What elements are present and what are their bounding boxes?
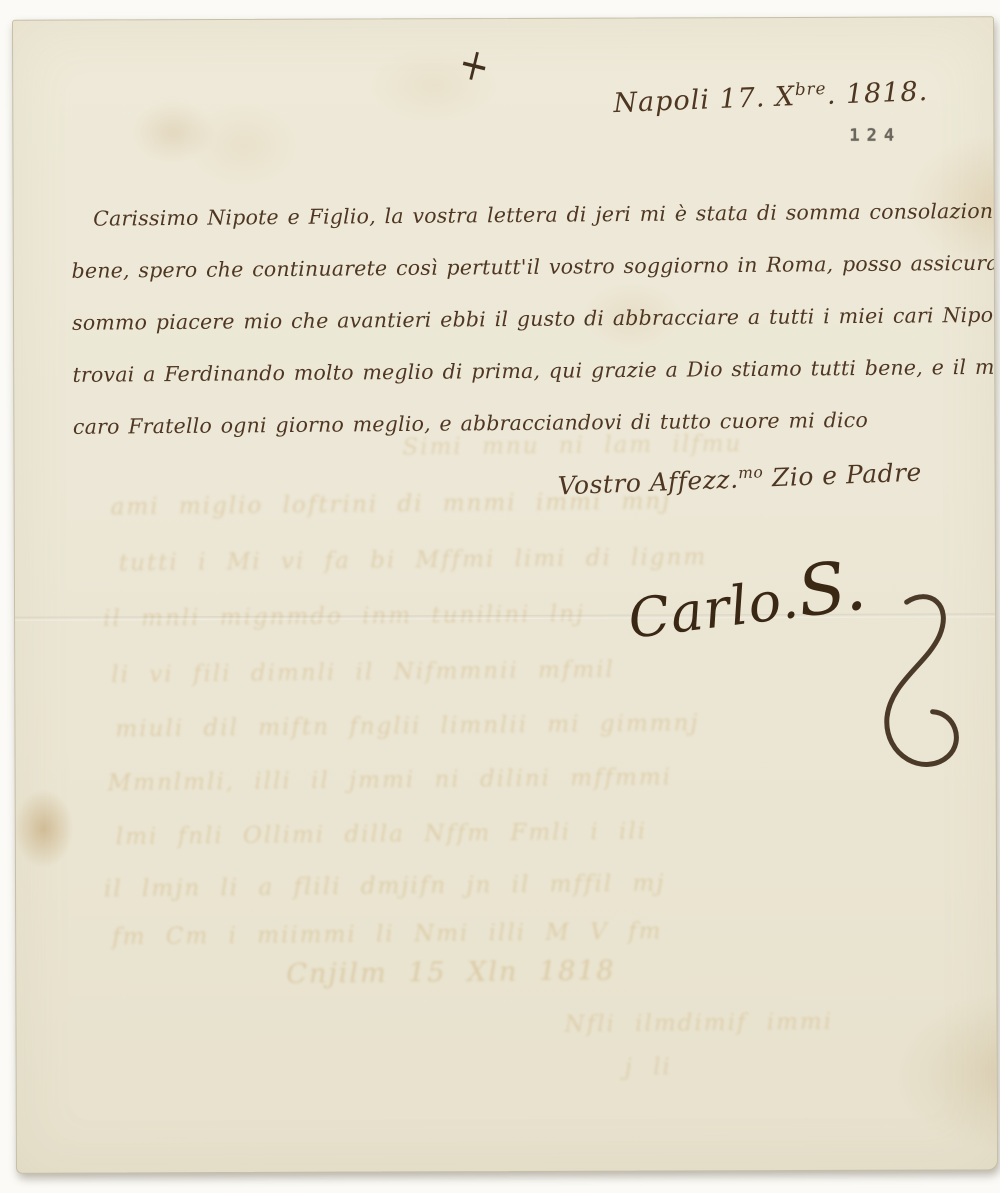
dateline: Napoli 17. Xbre. 1818.: [613, 74, 929, 119]
bleedthrough-line: miuli dil miftn fnglii limnlii mi gimmnj: [115, 710, 699, 742]
bleedthrough-closing: Nfli ilmdimif immi: [564, 1009, 833, 1038]
dateline-year: . 1818.: [826, 76, 929, 111]
valediction-title: Zio e Padre: [763, 458, 922, 493]
bleedthrough-dateline: Cnjilm 15 Xln 1818: [286, 955, 616, 989]
body-line-1: Carissimo Nipote e Figlio, la vostra let…: [71, 185, 971, 245]
valediction: Vostro Affezz.mo Zio e Padre: [557, 457, 922, 500]
scanned-letter-page: Simi mnu ni lam ilfmu ami miglio loftrin…: [0, 0, 1000, 1193]
bleedthrough-line: tutti i Mi vi fa bi Mffmi limi di lignm: [119, 544, 708, 576]
body-line-4: trovai a Ferdinando molto meglio di prim…: [72, 341, 972, 401]
bleedthrough-line: il mnli mignmdo inm tunilini lnj: [103, 601, 585, 632]
valediction-text: Vostro Affezz.: [557, 465, 739, 501]
body-line-3: sommo piacere mio che avantieri ebbi il …: [72, 289, 972, 349]
archive-number-stamp: 124: [849, 126, 901, 146]
bleedthrough-fragment: j li: [625, 1054, 672, 1080]
letter-paper-sheet: Simi mnu ni lam ilfmu ami miglio loftrin…: [12, 16, 998, 1173]
body-line-5: caro Fratello ogni giorno meglio, e abbr…: [73, 393, 973, 453]
signature-block: Carlo.S.: [623, 543, 870, 654]
body-line-2: bene, spero che continuarete così pertut…: [71, 237, 971, 297]
signature-name: Carlo.: [625, 567, 803, 651]
bleedthrough-line: Mmnlmli, illi il jmmi ni dilini mffmmi: [108, 764, 673, 796]
bleedthrough-line: il lmjn li a flili dmjifn jn il mffil mj: [104, 870, 666, 902]
valediction-superscript: mo: [738, 463, 764, 482]
bleedthrough-line: lmi fnli Ollimi dilla Nffm Fmli i ili: [116, 819, 647, 851]
letter-body: Carissimo Nipote e Figlio, la vostra let…: [71, 185, 973, 453]
signature-flourish-swash: [840, 586, 998, 793]
devotional-cross-mark: +: [453, 37, 495, 94]
dateline-month-superscript: bre: [794, 78, 826, 99]
bleedthrough-line: fm Cm i miimmi li Nmi illi M V fm: [112, 919, 663, 951]
dateline-place-day: Napoli 17. X: [613, 81, 796, 119]
bleedthrough-line: li vi fili dimnli il Nifmmnii mfmil: [111, 657, 615, 688]
